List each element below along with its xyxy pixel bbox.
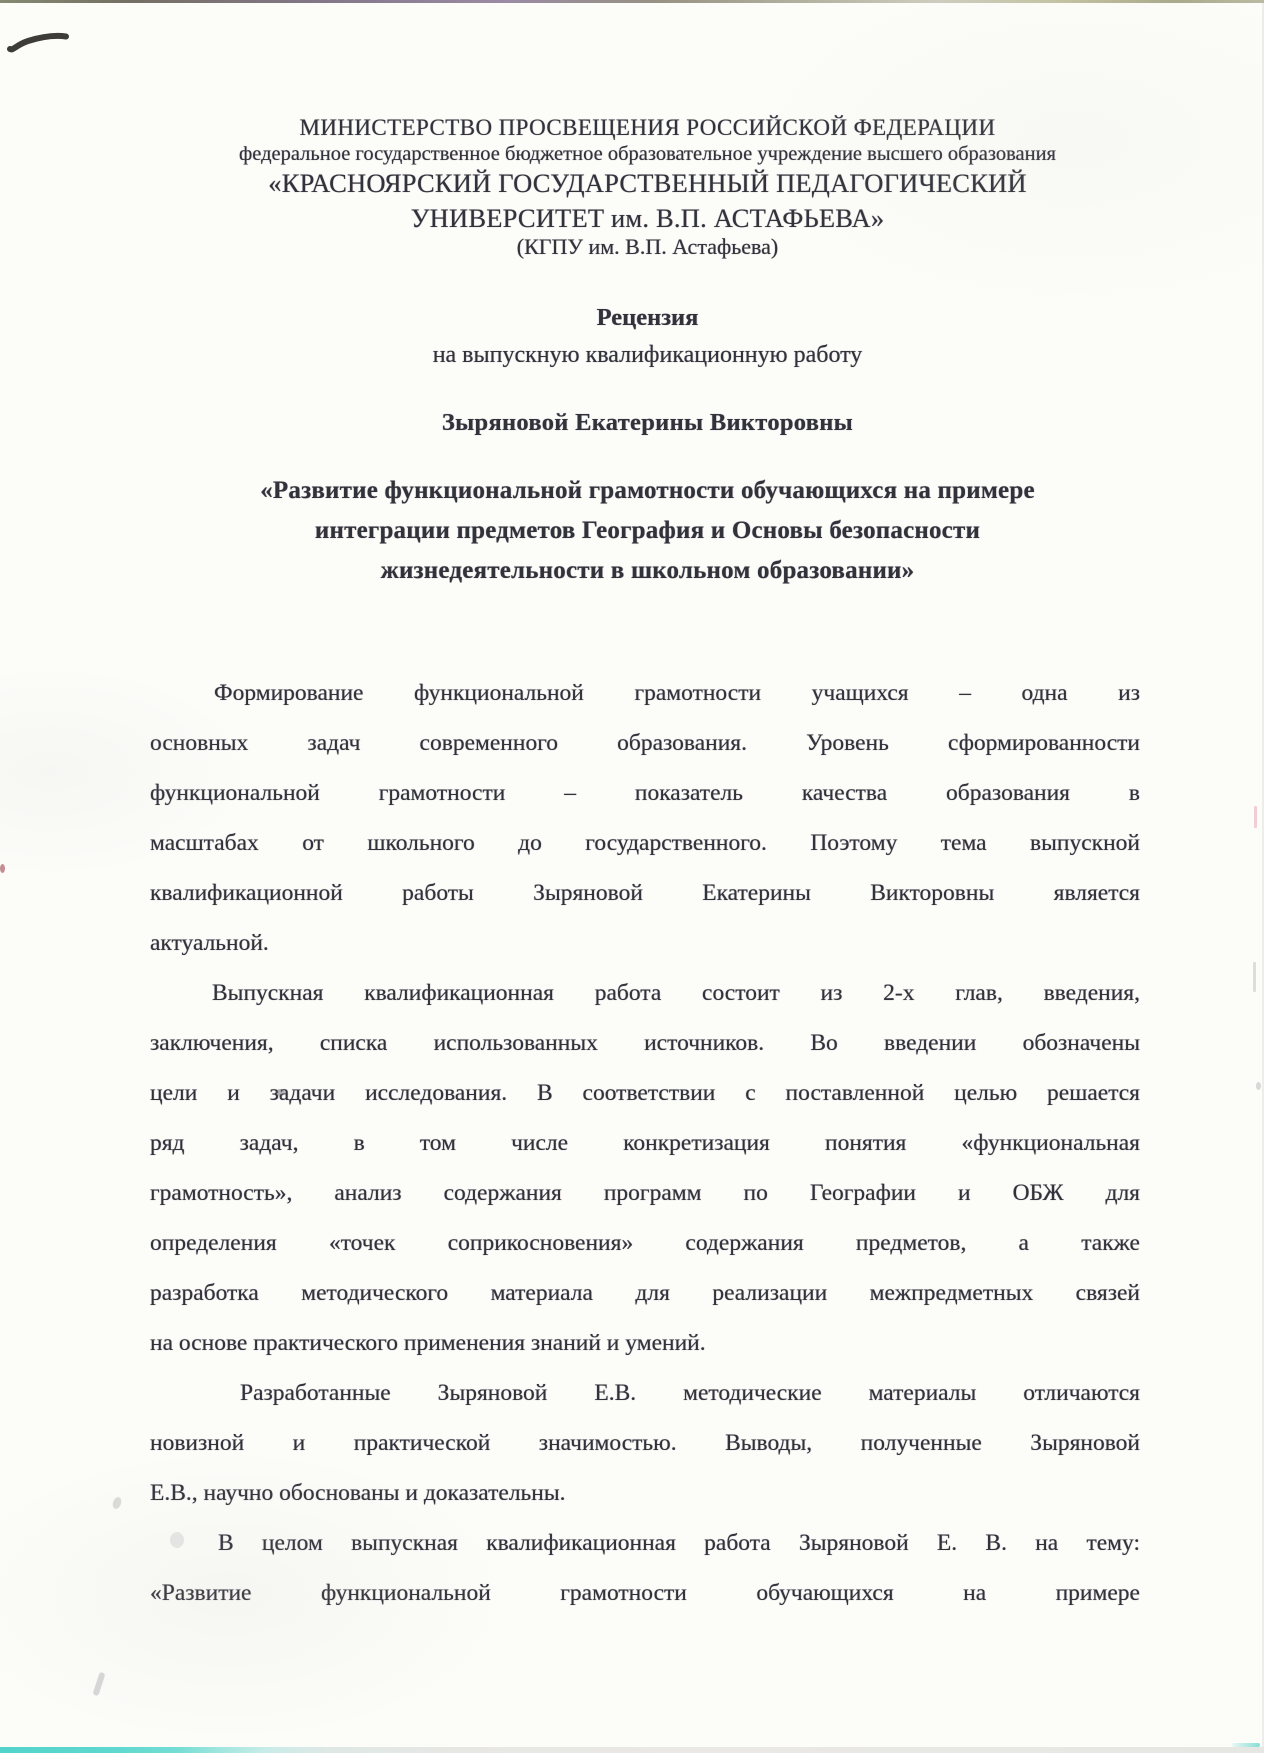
- scanned-document-page: МИНИСТЕРСТВО ПРОСВЕЩЕНИЯ РОССИЙСКОЙ ФЕДЕ…: [0, 0, 1264, 1753]
- review-heading: Рецензия: [150, 304, 1145, 332]
- body-line: масштабах от школьного до государственно…: [150, 818, 1140, 868]
- body-line: разработка методического материала для р…: [150, 1268, 1140, 1318]
- body-line: основных задач современного образования.…: [150, 718, 1140, 768]
- body-line: определения «точек соприкосновения» соде…: [150, 1218, 1140, 1268]
- body-line: на основе практического применения знани…: [150, 1318, 1140, 1368]
- university-abbr-line: (КГПУ им. В.П. Астафьева): [150, 234, 1145, 260]
- scan-bottom-edge-artifact: [0, 1747, 1264, 1753]
- body-line: «Развитие функциональной грамотности обу…: [150, 1568, 1140, 1618]
- body-line: Е.В., научно обоснованы и доказательны.: [150, 1468, 1140, 1518]
- body-text: Формирование функциональной грамотности …: [150, 668, 1140, 1618]
- institution-type-line: федеральное государственное бюджетное об…: [150, 143, 1145, 166]
- body-line: грамотность», анализ содержания программ…: [150, 1168, 1140, 1218]
- author-name: Зыряновой Екатерины Викторовны: [150, 409, 1145, 437]
- scan-speck: [92, 1672, 105, 1697]
- scan-speck: [0, 864, 5, 873]
- work-title-line-2: интеграции предметов География и Основы …: [150, 517, 1145, 545]
- body-line: квалификационной работы Зыряновой Екатер…: [150, 868, 1140, 918]
- scan-speck: [111, 1496, 123, 1510]
- body-line: Разработанные Зыряновой Е.В. методически…: [150, 1368, 1140, 1418]
- ministry-line: МИНИСТЕРСТВО ПРОСВЕЩЕНИЯ РОССИЙСКОЙ ФЕДЕ…: [150, 115, 1145, 141]
- body-line: Формирование функциональной грамотности …: [150, 668, 1140, 718]
- pen-mark: [6, 28, 78, 60]
- scan-speck: [1253, 962, 1256, 992]
- scan-speck: [1254, 806, 1257, 828]
- work-title-line-3: жизнедеятельности в школьном образовании…: [150, 557, 1145, 585]
- body-line: новизной и практической значимостью. Выв…: [150, 1418, 1140, 1468]
- body-line: цели и задачи исследования. В соответств…: [150, 1068, 1140, 1118]
- university-name-line-1: «КРАСНОЯРСКИЙ ГОСУДАРСТВЕННЫЙ ПЕДАГОГИЧЕ…: [150, 168, 1145, 199]
- body-line: заключения, списка использованных источн…: [150, 1018, 1140, 1068]
- scan-speck: [170, 1532, 184, 1548]
- review-subheading: на выпускную квалификационную работу: [150, 342, 1145, 369]
- scan-speck: [276, 1089, 285, 1096]
- scan-speck: [1256, 1082, 1261, 1090]
- body-line: Выпускная квалификационная работа состои…: [150, 968, 1140, 1018]
- work-title-line-1: «Развитие функциональной грамотности обу…: [150, 477, 1145, 505]
- university-name-line-2: УНИВЕРСИТЕТ им. В.П. АСТАФЬЕВА»: [150, 203, 1145, 234]
- body-line: В целом выпускная квалификационная работ…: [150, 1518, 1140, 1568]
- body-line: функциональной грамотности – показатель …: [150, 768, 1140, 818]
- body-line: актуальной.: [150, 918, 1140, 968]
- scan-top-edge-artifact: [0, 0, 1264, 3]
- body-line: ряд задач, в том числе конкретизация пон…: [150, 1118, 1140, 1168]
